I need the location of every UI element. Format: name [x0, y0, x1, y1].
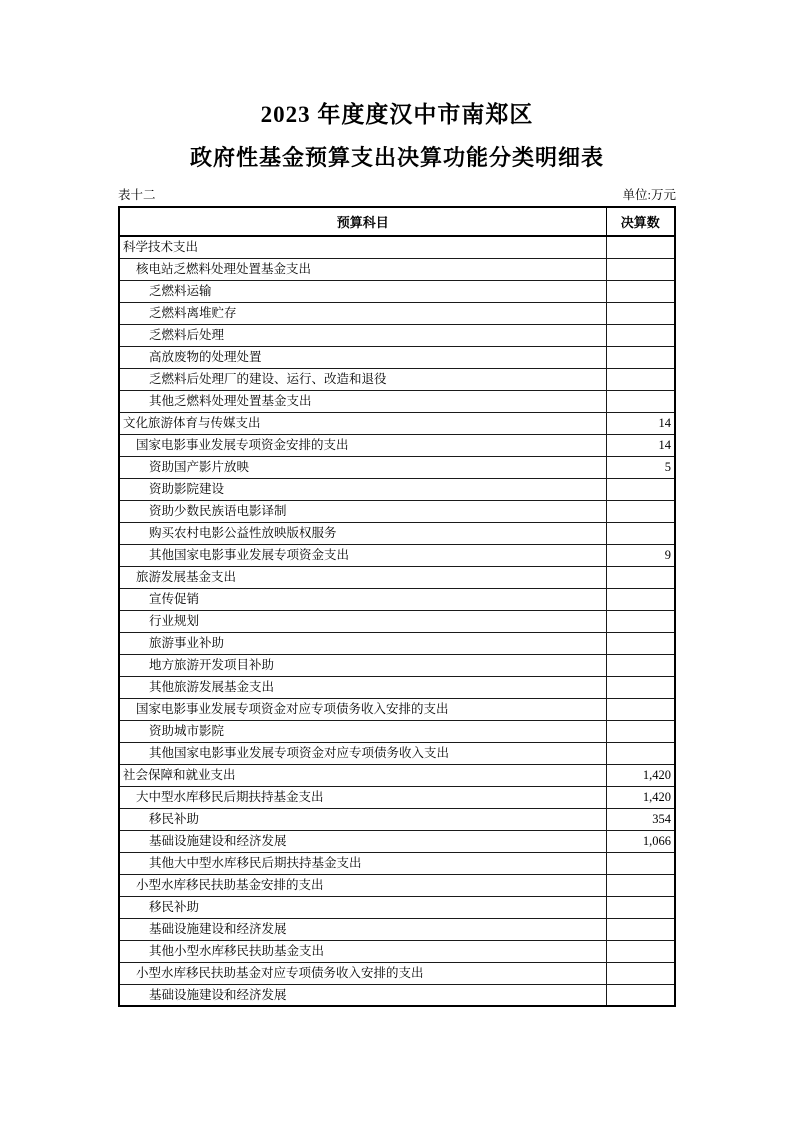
table-row: 乏燃料后处理: [119, 324, 675, 346]
final-account-value: [606, 852, 675, 874]
table-row: 文化旅游体育与传媒支出14: [119, 412, 675, 434]
final-account-value: [606, 896, 675, 918]
table-row: 基础设施建设和经济发展1,066: [119, 830, 675, 852]
budget-table: 预算科目 决算数 科学技术支出核电站乏燃料处理处置基金支出乏燃料运输乏燃料离堆贮…: [118, 206, 676, 1007]
budget-item-label: 购买农村电影公益性放映版权服务: [119, 522, 606, 544]
table-row: 地方旅游开发项目补助: [119, 654, 675, 676]
table-row: 资助影院建设: [119, 478, 675, 500]
column-header-subject: 预算科目: [119, 207, 606, 236]
final-account-value: [606, 258, 675, 280]
budget-item-label: 资助影院建设: [119, 478, 606, 500]
budget-item-label: 资助少数民族语电影译制: [119, 500, 606, 522]
final-account-value: [606, 610, 675, 632]
budget-item-label: 其他乏燃料处理处置基金支出: [119, 390, 606, 412]
final-account-value: [606, 720, 675, 742]
budget-item-label: 资助城市影院: [119, 720, 606, 742]
final-account-value: [606, 984, 675, 1006]
budget-item-label: 大中型水库移民后期扶持基金支出: [119, 786, 606, 808]
table-row: 其他大中型水库移民后期扶持基金支出: [119, 852, 675, 874]
budget-item-label: 小型水库移民扶助基金对应专项债务收入安排的支出: [119, 962, 606, 984]
final-account-value: [606, 302, 675, 324]
table-row: 基础设施建设和经济发展: [119, 984, 675, 1006]
final-account-value: 9: [606, 544, 675, 566]
table-row: 资助少数民族语电影译制: [119, 500, 675, 522]
budget-item-label: 核电站乏燃料处理处置基金支出: [119, 258, 606, 280]
budget-item-label: 资助国产影片放映: [119, 456, 606, 478]
document-page: 2023 年度度汉中市南郑区 政府性基金预算支出决算功能分类明细表 表十二 单位…: [0, 0, 793, 1122]
final-account-value: [606, 698, 675, 720]
table-row: 小型水库移民扶助基金安排的支出: [119, 874, 675, 896]
table-row: 其他国家电影事业发展专项资金对应专项债务收入支出: [119, 742, 675, 764]
page-title: 2023 年度度汉中市南郑区: [118, 100, 676, 130]
budget-item-label: 移民补助: [119, 896, 606, 918]
table-header-row: 预算科目 决算数: [119, 207, 675, 236]
table-row: 移民补助354: [119, 808, 675, 830]
final-account-value: [606, 324, 675, 346]
budget-item-label: 行业规划: [119, 610, 606, 632]
budget-item-label: 乏燃料运输: [119, 280, 606, 302]
table-row: 行业规划: [119, 610, 675, 632]
budget-item-label: 其他国家电影事业发展专项资金对应专项债务收入支出: [119, 742, 606, 764]
table-row: 资助国产影片放映5: [119, 456, 675, 478]
final-account-value: [606, 588, 675, 610]
table-row: 其他小型水库移民扶助基金支出: [119, 940, 675, 962]
table-row: 国家电影事业发展专项资金安排的支出14: [119, 434, 675, 456]
table-row: 乏燃料离堆贮存: [119, 302, 675, 324]
table-row: 宣传促销: [119, 588, 675, 610]
table-body: 科学技术支出核电站乏燃料处理处置基金支出乏燃料运输乏燃料离堆贮存乏燃料后处理高放…: [119, 236, 675, 1006]
table-row: 资助城市影院: [119, 720, 675, 742]
final-account-value: [606, 632, 675, 654]
table-row: 其他旅游发展基金支出: [119, 676, 675, 698]
budget-item-label: 移民补助: [119, 808, 606, 830]
budget-item-label: 社会保障和就业支出: [119, 764, 606, 786]
final-account-value: [606, 918, 675, 940]
table-row: 科学技术支出: [119, 236, 675, 258]
final-account-value: [606, 654, 675, 676]
budget-item-label: 文化旅游体育与传媒支出: [119, 412, 606, 434]
table-row: 乏燃料后处理厂的建设、运行、改造和退役: [119, 368, 675, 390]
budget-item-label: 国家电影事业发展专项资金安排的支出: [119, 434, 606, 456]
final-account-value: [606, 566, 675, 588]
budget-item-label: 科学技术支出: [119, 236, 606, 258]
final-account-value: 1,420: [606, 786, 675, 808]
budget-item-label: 宣传促销: [119, 588, 606, 610]
final-account-value: [606, 874, 675, 896]
table-row: 乏燃料运输: [119, 280, 675, 302]
budget-item-label: 旅游发展基金支出: [119, 566, 606, 588]
page-subtitle: 政府性基金预算支出决算功能分类明细表: [118, 143, 676, 172]
budget-item-label: 乏燃料后处理厂的建设、运行、改造和退役: [119, 368, 606, 390]
budget-item-label: 其他小型水库移民扶助基金支出: [119, 940, 606, 962]
final-account-value: 14: [606, 412, 675, 434]
budget-item-label: 其他大中型水库移民后期扶持基金支出: [119, 852, 606, 874]
table-row: 国家电影事业发展专项资金对应专项债务收入安排的支出: [119, 698, 675, 720]
table-row: 高放废物的处理处置: [119, 346, 675, 368]
table-meta-row: 表十二 单位:万元: [118, 188, 676, 203]
table-row: 移民补助: [119, 896, 675, 918]
final-account-value: [606, 500, 675, 522]
table-row: 旅游事业补助: [119, 632, 675, 654]
budget-item-label: 国家电影事业发展专项资金对应专项债务收入安排的支出: [119, 698, 606, 720]
table-row: 其他国家电影事业发展专项资金支出9: [119, 544, 675, 566]
table-number-label: 表十二: [118, 188, 156, 203]
unit-label: 单位:万元: [623, 188, 676, 203]
final-account-value: [606, 390, 675, 412]
document-content: 2023 年度度汉中市南郑区 政府性基金预算支出决算功能分类明细表 表十二 单位…: [118, 100, 676, 1007]
table-row: 小型水库移民扶助基金对应专项债务收入安排的支出: [119, 962, 675, 984]
final-account-value: [606, 940, 675, 962]
final-account-value: [606, 478, 675, 500]
final-account-value: 354: [606, 808, 675, 830]
budget-item-label: 基础设施建设和经济发展: [119, 830, 606, 852]
budget-item-label: 高放废物的处理处置: [119, 346, 606, 368]
final-account-value: 14: [606, 434, 675, 456]
table-row: 基础设施建设和经济发展: [119, 918, 675, 940]
table-row: 购买农村电影公益性放映版权服务: [119, 522, 675, 544]
final-account-value: 5: [606, 456, 675, 478]
column-header-amount: 决算数: [606, 207, 675, 236]
budget-item-label: 小型水库移民扶助基金安排的支出: [119, 874, 606, 896]
final-account-value: [606, 676, 675, 698]
budget-item-label: 地方旅游开发项目补助: [119, 654, 606, 676]
table-row: 旅游发展基金支出: [119, 566, 675, 588]
table-row: 核电站乏燃料处理处置基金支出: [119, 258, 675, 280]
table-row: 大中型水库移民后期扶持基金支出1,420: [119, 786, 675, 808]
final-account-value: [606, 742, 675, 764]
final-account-value: [606, 962, 675, 984]
budget-item-label: 其他旅游发展基金支出: [119, 676, 606, 698]
budget-item-label: 乏燃料离堆贮存: [119, 302, 606, 324]
final-account-value: [606, 346, 675, 368]
final-account-value: 1,066: [606, 830, 675, 852]
final-account-value: [606, 368, 675, 390]
table-row: 其他乏燃料处理处置基金支出: [119, 390, 675, 412]
table-row: 社会保障和就业支出1,420: [119, 764, 675, 786]
final-account-value: [606, 236, 675, 258]
final-account-value: [606, 522, 675, 544]
budget-item-label: 基础设施建设和经济发展: [119, 918, 606, 940]
budget-item-label: 基础设施建设和经济发展: [119, 984, 606, 1006]
final-account-value: 1,420: [606, 764, 675, 786]
budget-item-label: 旅游事业补助: [119, 632, 606, 654]
budget-item-label: 乏燃料后处理: [119, 324, 606, 346]
final-account-value: [606, 280, 675, 302]
budget-item-label: 其他国家电影事业发展专项资金支出: [119, 544, 606, 566]
